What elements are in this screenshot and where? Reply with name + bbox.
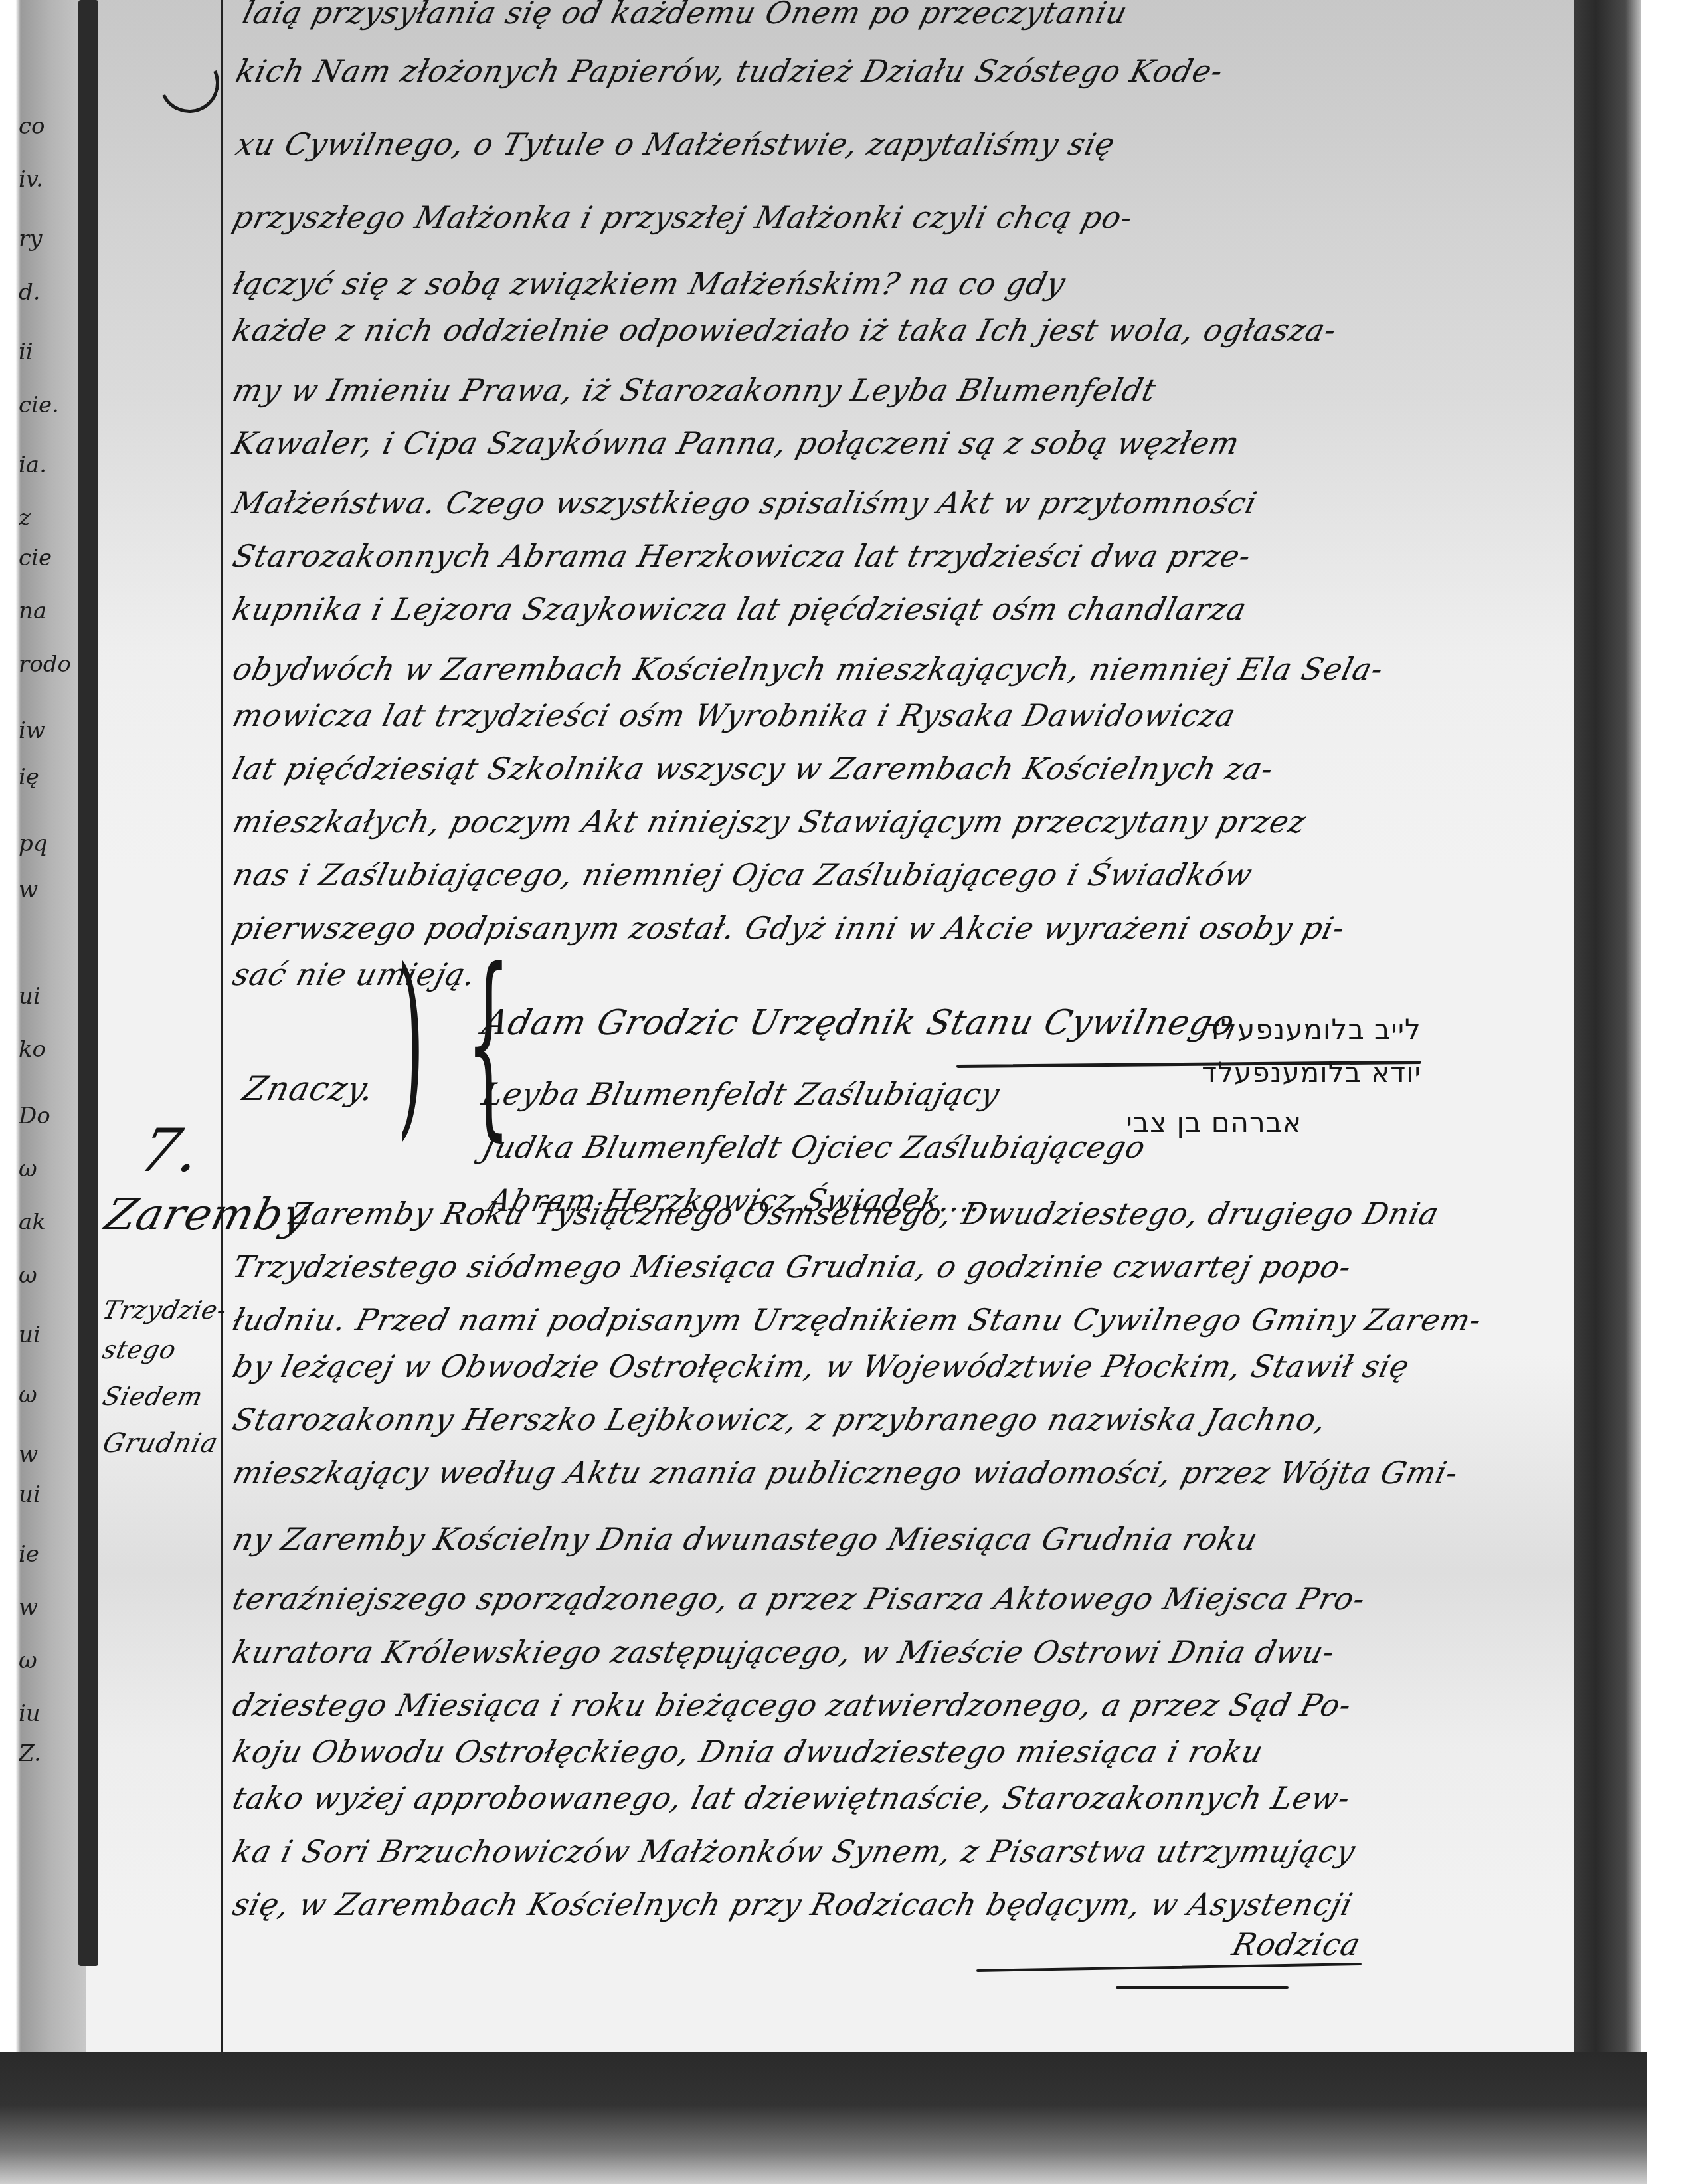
body-line: laią przysyłania się od każdemu Onem po …	[239, 0, 1132, 31]
body-line: Małżeństwa. Czego wszystkiego spisaliśmy…	[229, 485, 1261, 521]
body-line: Starozakonny Herszko Lejbkowicz, z przyb…	[229, 1402, 1330, 1437]
left-fragment: iv.	[19, 166, 85, 193]
body-line: mieszkający według Aktu znania publiczne…	[229, 1455, 1462, 1491]
body-line: Kawaler, i Cipa Szaykówna Panna, połącze…	[229, 425, 1243, 461]
left-fragment: ia.	[19, 452, 85, 478]
left-page-strip: co iv. ry d. ii cie. ia. z cie na rodo i…	[0, 0, 86, 2184]
body-line: mowicza lat trzydzieści ośm Wyrobnika i …	[229, 697, 1240, 733]
body-line: Starozakonnych Abrama Herzkowicza lat tr…	[229, 538, 1255, 574]
body-line: ka i Sori Brzuchowiczów Małżonków Synem,…	[229, 1833, 1360, 1869]
body-line: łudniu. Przed nami podpisanym Urzędnikie…	[229, 1302, 1486, 1338]
body-line: dziestego Miesiąca i roku bieżącego zatw…	[229, 1687, 1356, 1723]
margin-note-line: Grudnia	[100, 1428, 221, 1459]
margin-note-line: Trzydzie-	[100, 1295, 230, 1324]
body-line: sać nie umieją.	[229, 956, 480, 992]
left-fragment: d.	[19, 279, 85, 306]
left-fragment: cie	[19, 545, 85, 571]
signature-father-hebrew: יודא בלומענפעלד	[1036, 1056, 1421, 1089]
left-fragment: z	[19, 505, 85, 531]
body-line: lat pięćdziesiąt Szkolnika wszyscy w Zar…	[229, 751, 1278, 786]
left-fragment: ω	[19, 1262, 85, 1289]
left-fragment: rodo	[19, 651, 85, 678]
body-line: kich Nam złożonych Papierów, tudzież Dzi…	[232, 53, 1227, 89]
brace-right: )	[397, 943, 424, 1142]
margin-rule-line	[221, 0, 223, 2059]
left-fragment: ry	[19, 226, 85, 252]
body-line: tako wyżej approbowanego, lat dziewiętna…	[229, 1780, 1354, 1816]
left-fragment: ak	[19, 1209, 85, 1235]
body-line: przyszłego Małżonka i przyszłej Małżonki…	[229, 199, 1137, 235]
signature-groom-hebrew: לייב בלומענפעלד	[1142, 1013, 1421, 1046]
signature-witness-hebrew: אברהם בן צבי	[1023, 1106, 1302, 1138]
body-line: kupnika i Lejzora Szaykowicza lat pięćdz…	[229, 591, 1251, 627]
body-line: ny Zaremby Kościelny Dnia dwunastego Mie…	[229, 1521, 1262, 1557]
left-fragment: iu	[19, 1700, 85, 1727]
body-line: xu Cywilnego, o Tytule o Małżeństwie, za…	[232, 126, 1119, 162]
left-fragment: na	[19, 598, 85, 624]
left-fragment: Do	[19, 1103, 85, 1129]
left-fragment: pq	[19, 830, 85, 857]
left-fragment: co	[19, 113, 85, 139]
left-fragment: ui	[19, 1322, 85, 1348]
closing-flourish	[1116, 1986, 1289, 1989]
left-fragment: ii	[19, 339, 85, 365]
body-line: każde z nich oddzielnie odpowiedziało iż…	[229, 312, 1340, 348]
left-fragment: w	[19, 1441, 85, 1468]
left-fragment: Z.	[19, 1740, 85, 1767]
body-line: łączyć się z sobą związkiem Małżeńskim? …	[229, 266, 1069, 302]
left-fragment: ie	[19, 1541, 85, 1568]
page-edge-shadow-bottom	[0, 2052, 1647, 2184]
closing-word: Rodzica	[1229, 1926, 1364, 1962]
body-line: się, w Zarembach Kościelnych przy Rodzic…	[229, 1886, 1357, 1922]
body-line: teraźniejszego sporządzonego, a przez Pi…	[229, 1581, 1370, 1617]
body-line: Zaremby Roku Tysiącznego Ośmsetnego, Dwu…	[286, 1196, 1443, 1231]
body-line: Trzydziestego siódmego Miesiąca Grudnia,…	[229, 1249, 1356, 1285]
scan-border-right	[1641, 0, 1695, 2184]
body-line: koju Obwodu Ostrołęckiego, Dnia dwudzies…	[229, 1734, 1267, 1770]
left-fragment: ui	[19, 983, 85, 1010]
left-fragment: ię	[19, 764, 85, 790]
left-fragment: ω	[19, 1647, 85, 1674]
brace-left: {	[466, 943, 511, 1142]
left-fragment: ko	[19, 1036, 85, 1063]
left-fragment: ω	[19, 1156, 85, 1182]
officer-signature: Adam Grodzic Urzędnik Stanu Cywilnego	[478, 1003, 1239, 1043]
margin-note-place: Zaremby	[100, 1189, 315, 1240]
left-fragment: cie.	[19, 392, 85, 418]
binding-gutter	[78, 0, 98, 1966]
signature-groom: Leyba Blumenfeldt Zaślubiający	[478, 1076, 1004, 1112]
signature-margin-label: Znaczy.	[239, 1069, 379, 1108]
body-line: by leżącej w Obwodzie Ostrołęckim, w Woj…	[229, 1348, 1413, 1384]
left-fragment: iw	[19, 717, 85, 744]
body-line: nas i Zaślubiającego, niemniej Ojca Zaśl…	[229, 857, 1257, 893]
body-line: mieszkałych, poczym Akt niniejszy Stawia…	[229, 804, 1310, 840]
left-fragment: ω	[19, 1382, 85, 1408]
body-line: obydwóch w Zarembach Kościelnych mieszka…	[229, 651, 1387, 687]
left-fragment: w	[19, 1594, 85, 1621]
body-line: kuratora Królewskiego zastępującego, w M…	[229, 1634, 1339, 1670]
left-fragment: ui	[19, 1481, 85, 1508]
margin-note-line: stego	[100, 1335, 179, 1364]
page-edge-shadow-right	[1574, 0, 1647, 2184]
body-line: my w Imieniu Prawa, iż Starozakonny Leyb…	[229, 372, 1160, 408]
left-fragment: w	[19, 877, 85, 903]
margin-note-line: Siedem	[100, 1382, 207, 1411]
